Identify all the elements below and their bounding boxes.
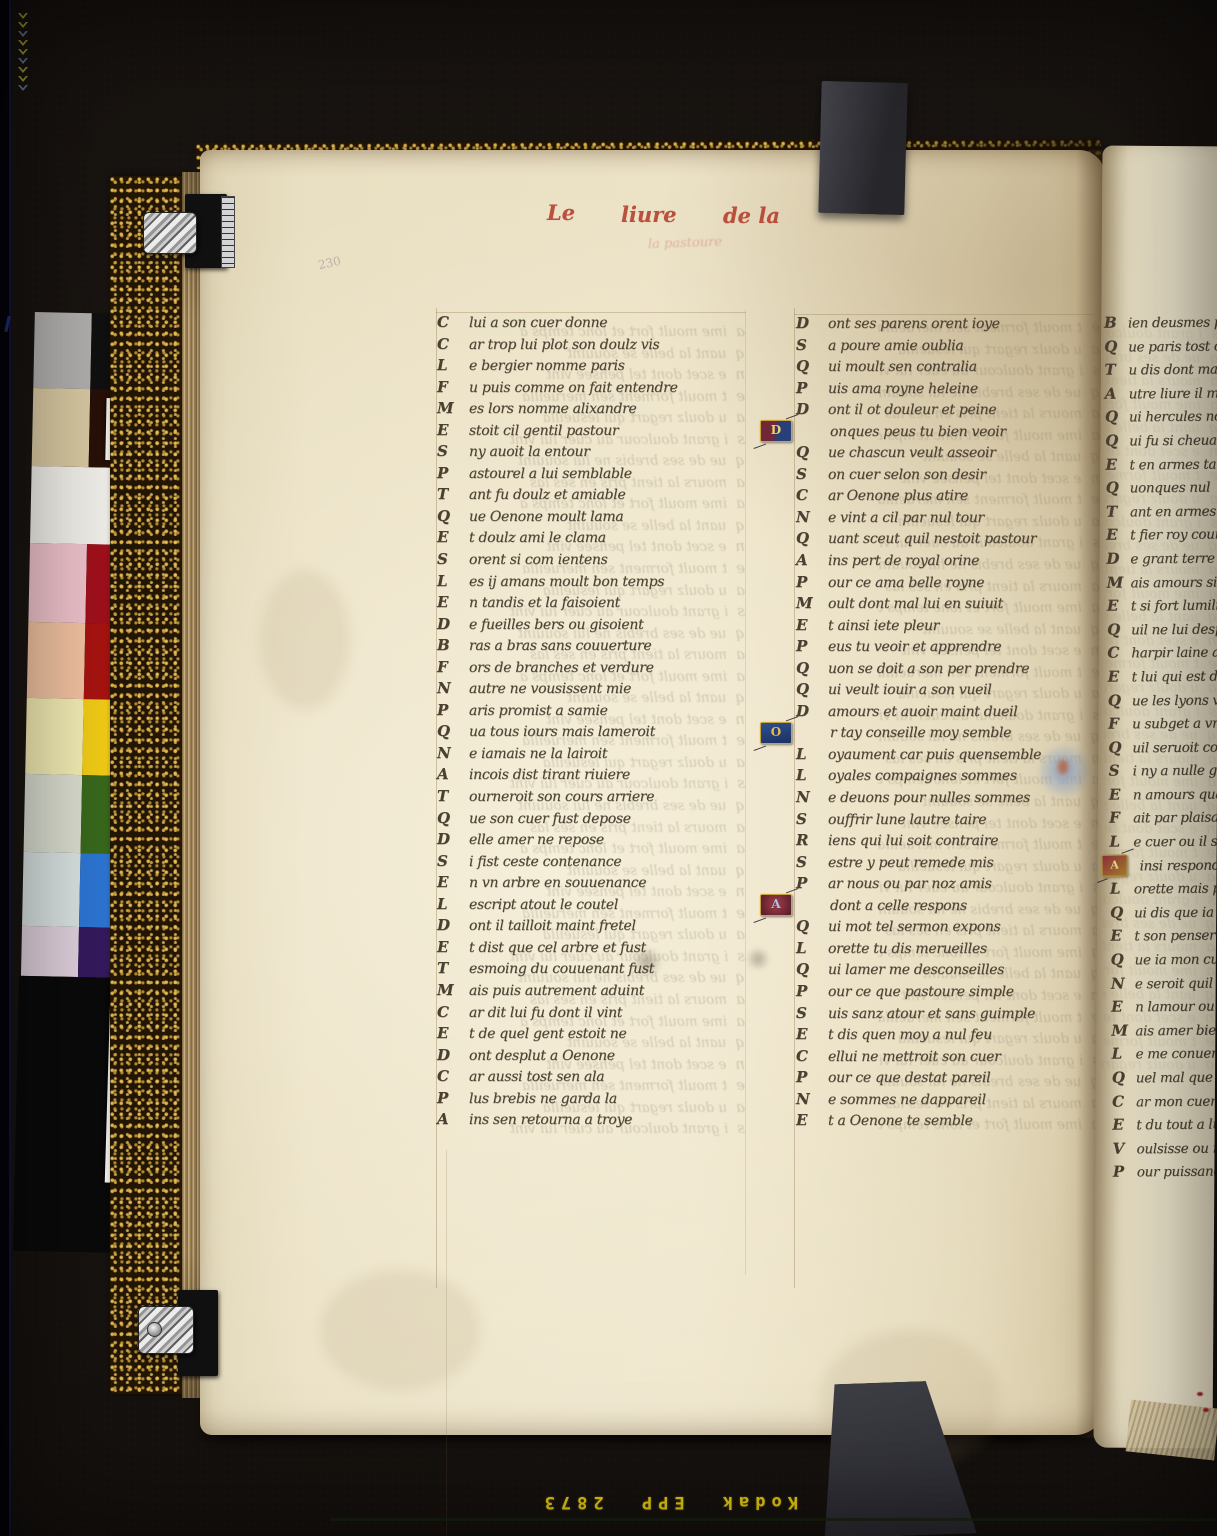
verse-text: i fist ceste contenance <box>469 854 621 870</box>
verse-text: n lamour ou me <box>1135 999 1217 1016</box>
initial-capital: C <box>1112 1090 1136 1114</box>
verse-line: Sny auoit la entour <box>437 440 742 462</box>
verse-line: Aincois dist tirant riuiere <box>437 763 742 785</box>
initial-capital: P <box>437 1088 469 1110</box>
verse-text: t son penser en ot <box>1134 928 1217 945</box>
rubric-word: liure <box>621 202 677 227</box>
initial-capital: Q <box>796 658 828 680</box>
edge-paint-mark <box>1203 1408 1209 1412</box>
verse-text: ui hercules no <box>1129 409 1217 426</box>
verse-line: Qui hercules no <box>1105 404 1217 429</box>
initial-capital: D <box>1106 547 1130 571</box>
initial-capital: S <box>796 1003 828 1025</box>
initial-capital: C <box>437 312 469 334</box>
verse-line: Que son cuer fust depose <box>437 807 742 829</box>
initial-capital: Q <box>1104 335 1128 359</box>
verse-line: Peus tu veoir et apprendre <box>796 635 1106 657</box>
verse-line: Charpir laine au <box>1107 640 1217 665</box>
initial-capital: F <box>437 657 469 679</box>
initial-capital: E <box>796 615 828 637</box>
verse-text: ait par plaisan <box>1133 810 1217 827</box>
film-edge-chevron <box>18 67 28 73</box>
initial-capital: E <box>437 937 469 959</box>
initial-capital: T <box>437 484 469 506</box>
verse-text: ont il tailloit maint fretel <box>469 918 636 934</box>
verse-text: uis sanz atour et sans guimple <box>828 1006 1035 1022</box>
initial-capital: D <box>437 829 469 851</box>
verse-text: ins sen retourna a troye <box>469 1112 632 1128</box>
initial-capital: Q <box>1110 948 1134 972</box>
verse-text: ras a bras sans couuerture <box>469 638 651 654</box>
verse-line: Fu subget a vne f <box>1108 711 1217 736</box>
verse-line: Car dit lui fu dont il vint <box>437 1001 742 1023</box>
verse-text: t en armes tan <box>1129 456 1217 473</box>
verse-line: Autre liure il m <box>1105 380 1217 405</box>
edge-paint-mark <box>1197 1392 1203 1396</box>
verse-text: stoit cil gentil pastour <box>469 423 618 439</box>
verse-text: ui moult sen contralia <box>828 359 977 375</box>
verse-text: ue Oenone moult lama <box>469 509 623 525</box>
initial-capital: E <box>1110 925 1134 949</box>
initial-capital: F <box>437 377 469 399</box>
verse-text: elle amer ne repose <box>469 832 604 848</box>
verse-text: t dist que cel arbre et fust <box>469 940 646 956</box>
verse-line: Dont ses parens orent ioye <box>796 312 1106 334</box>
initial-capital: S <box>437 441 469 463</box>
verse-line: Ainsi respondis a t <box>1109 852 1217 877</box>
verse-line: Mais puis autrement aduint <box>437 979 742 1001</box>
film-frame-label: Kodak EPP 2873 <box>368 1482 798 1512</box>
verse-text: e bergier nomme paris <box>469 358 625 374</box>
ruling-line-vertical <box>794 308 795 1288</box>
initial-capital: P <box>796 1067 828 1089</box>
initial-capital: L <box>1110 878 1134 902</box>
initial-capital: E <box>1112 1114 1136 1138</box>
verse-text: estre y peut remede mis <box>828 855 994 871</box>
verse-text: e deuons pour nulles sommes <box>828 790 1030 806</box>
initial-capital: E <box>1107 595 1131 619</box>
initial-capital: C <box>796 485 828 507</box>
verse-line: Voulsisse ou non <box>1112 1135 1217 1160</box>
verse-line: Bras a bras sans couuerture <box>437 634 742 656</box>
verse-text: u subget a vne f <box>1132 715 1217 732</box>
pencil-foliation-note: 230 <box>317 254 342 272</box>
initial-capital: M <box>796 593 828 615</box>
ruling-line-vertical <box>745 310 746 1275</box>
initial-capital: Q <box>796 679 828 701</box>
verse-line: Tourneroit son cours arriere <box>437 785 742 807</box>
initial-capital: F <box>1109 807 1133 831</box>
initial-capital: A <box>437 1109 469 1131</box>
initial-capital: Q <box>796 442 828 464</box>
illuminated-initial: A <box>1101 855 1127 877</box>
verse-line: Quon se doit a son per prendre <box>796 657 1106 679</box>
verse-line: En vn arbre en souuenance <box>437 871 742 893</box>
verse-line: Et dis quen moy a nul feu <box>796 1023 1106 1045</box>
initial-capital: P <box>796 636 828 658</box>
verse-text: t doulz ami le clama <box>469 530 606 546</box>
verse-line: Pour ce ama belle royne <box>796 571 1106 593</box>
verse-line: Loyales compaignes sommes <box>796 764 1106 786</box>
verse-line: Estoit cil gentil pastour <box>437 419 742 441</box>
initial-capital: S <box>437 851 469 873</box>
verse-text: dont a celle respons <box>830 898 967 914</box>
verse-line: Puis ama royne heleine <box>796 377 1106 399</box>
verse-line: Loyaument car puis quensemble <box>796 743 1106 765</box>
verse-line: Tu dis dont mau <box>1104 357 1216 382</box>
verse-line: Souffrir lune lautre taire <box>796 808 1106 830</box>
verse-line: Tant en armes <box>1106 498 1217 523</box>
verse-line: Mais amer bien le <box>1111 1017 1217 1042</box>
verse-text: ant en armes <box>1130 503 1216 520</box>
verse-line: Mes lors nomme alixandre <box>437 397 742 419</box>
verse-line: Paris promist a samie <box>437 699 742 721</box>
verse-line: Et son penser en ot <box>1110 923 1217 948</box>
verse-line: Or tay conseille moy semble <box>796 721 1106 743</box>
verse-text: a poure amie oublia <box>828 338 963 354</box>
initial-capital: L <box>437 571 469 593</box>
verse-text: t du tout a lui d <box>1136 1116 1217 1133</box>
verse-line: Sestre y peut remede mis <box>796 851 1106 873</box>
initial-capital: V <box>1112 1137 1136 1161</box>
initial-capital: A <box>796 550 828 572</box>
film-edge-chevrons <box>18 13 28 91</box>
verse-line: Que paris tost o <box>1104 333 1216 358</box>
manuscript-verso-page: Le liure de la la pastoure 230 aime moul… <box>200 150 1105 1435</box>
verse-line: Le bergier nomme paris <box>437 354 742 376</box>
verse-text: ors de branches et verdure <box>469 660 654 676</box>
verse-text: lus brebis ne garda la <box>469 1091 617 1107</box>
rubric-showthrough: la pastoure <box>648 235 723 253</box>
film-edge-chevron <box>18 22 28 28</box>
verse-text: e vint a cil par nul tour <box>828 510 984 526</box>
verse-line: Quil seruoit comm <box>1108 734 1217 759</box>
book-strap-top <box>818 81 907 215</box>
initial-capital: E <box>1109 783 1133 807</box>
verse-text: utre liure il m <box>1129 385 1217 402</box>
initial-capital: C <box>1107 642 1131 666</box>
verse-text: lui a son cuer donne <box>469 315 607 331</box>
verse-text: e seroit quil eust <box>1135 975 1217 992</box>
verse-text: ont ses parens orent ioye <box>828 316 1000 332</box>
verse-line: Quil ne lui despl <box>1107 616 1217 641</box>
verse-text: t fier roy coura <box>1130 527 1217 544</box>
film-edge-chevron <box>18 13 28 19</box>
verse-text: oulsisse ou non <box>1136 1140 1217 1157</box>
verse-line: Delle amer ne repose <box>437 828 742 850</box>
initial-capital: Q <box>1107 618 1131 642</box>
verse-text: i ny a nulle gra <box>1133 763 1217 780</box>
verse-line: Cellui ne mettroit son cuer <box>796 1045 1106 1067</box>
verse-line: Que les lyons ven <box>1108 687 1217 712</box>
verse-text: ny auoit la entour <box>469 444 590 460</box>
verse-line: Et lui qui est de t <box>1107 663 1217 688</box>
parchment-stain <box>320 1270 480 1390</box>
verse-line: Si ny a nulle gra <box>1108 758 1217 783</box>
verse-text: n amours quan <box>1133 786 1217 803</box>
verse-line: Suis sanz atour et sans guimple <box>796 1002 1106 1024</box>
initial-capital: Q <box>437 808 469 830</box>
verse-line: Lescript atout le coutel <box>437 893 742 915</box>
verse-text: uel mal que sou <box>1136 1069 1217 1086</box>
verse-text: ouffrir lune lautre taire <box>828 812 986 828</box>
initial-capital: Q <box>796 916 828 938</box>
verse-column-1: Clui a son cuer donneCar trop lui plot s… <box>437 311 742 1130</box>
verse-line: Par nous ou par noz amis <box>796 872 1106 894</box>
verse-line: Pour ce que pastoure simple <box>796 980 1106 1002</box>
verse-text: oyales compaignes sommes <box>828 768 1017 784</box>
color-patch <box>22 852 80 927</box>
verse-line: Mais amours si l <box>1107 569 1217 594</box>
verse-line: Lorette tu dis merueilles <box>796 937 1106 959</box>
initial-capital: D <box>796 399 828 421</box>
verse-line: Et si fort lumilia <box>1107 593 1217 618</box>
verse-line: Fait par plaisan <box>1109 805 1217 830</box>
initial-capital: D <box>796 313 828 335</box>
verse-line: Pastourel a lui semblable <box>437 462 742 484</box>
film-edge-chevron <box>18 58 28 64</box>
verse-text: astourel a lui semblable <box>469 466 632 482</box>
verse-text: ellui ne mettroit son cuer <box>828 1049 1001 1065</box>
initial-capital: M <box>1111 1019 1135 1043</box>
verse-text: ourneroit son cours arriere <box>469 789 654 805</box>
initial-capital: D <box>437 614 469 636</box>
verse-text: ue les lyons ven <box>1132 692 1217 709</box>
verse-text: uil ne lui despl <box>1131 621 1217 638</box>
verse-column-3: Bien deusmes proQue paris tost oTu dis d… <box>1104 309 1217 1183</box>
initial-capital: Q <box>796 528 828 550</box>
verse-text: ar aussi tost sen ala <box>469 1069 604 1085</box>
verse-text: n vn arbre en souuenance <box>469 875 646 891</box>
verse-line: Lorette mais pou <box>1110 876 1217 901</box>
verse-line: Dont il tailloit maint fretel <box>437 914 742 936</box>
film-edge-chevron <box>18 31 28 37</box>
verse-text: e iamais ne la lairoit <box>469 746 607 762</box>
initial-capital: Q <box>1106 477 1130 501</box>
initial-capital: P <box>1113 1161 1137 1185</box>
verse-text: ui mot tel sermon expons <box>828 919 1000 935</box>
verse-text: amours et auoir maint dueil <box>828 704 1017 720</box>
color-patch <box>25 698 83 775</box>
initial-capital: E <box>437 420 469 442</box>
verse-text: uant sceut quil nestoit pastour <box>828 531 1036 547</box>
verse-text: ua tous iours mais lameroit <box>469 724 655 740</box>
verse-line: Et en armes tan <box>1105 451 1217 476</box>
verse-line: De grant terre et <box>1106 545 1217 570</box>
initial-capital: L <box>1111 1043 1135 1067</box>
initial-capital: N <box>437 743 469 765</box>
verse-text: e sommes ne dappareil <box>828 1092 986 1108</box>
initial-capital: S <box>796 809 828 831</box>
verse-text: oult dont mal lui en suiuit <box>828 596 1003 612</box>
verse-line: En tandis et la faisoient <box>437 591 742 613</box>
clip-mini-scale-top <box>221 196 235 268</box>
gold-tooled-binding-cover <box>110 176 190 1394</box>
verse-line: Clui a son cuer donne <box>437 311 742 333</box>
verse-text: oyaument car puis quensemble <box>828 747 1041 763</box>
initial-capital: Q <box>437 721 469 743</box>
illuminated-initial: A <box>760 894 792 916</box>
initial-capital: T <box>1104 359 1128 383</box>
verse-text: uis ama royne heleine <box>828 381 978 397</box>
verse-line: Qui lamer me desconseilles <box>796 958 1106 980</box>
initial-capital: P <box>796 572 828 594</box>
color-patch <box>28 543 86 623</box>
initial-capital: E <box>437 592 469 614</box>
initial-capital: M <box>437 398 469 420</box>
verse-line: Dont desplut a Oenone <box>437 1044 742 1066</box>
initial-capital: F <box>1108 712 1132 736</box>
verse-line: Pour puissance <box>1113 1159 1217 1184</box>
initial-capital: S <box>796 335 828 357</box>
verse-line: Tesmoing du couuenant fust <box>437 957 742 979</box>
initial-capital: P <box>437 700 469 722</box>
verse-text: ar trop lui plot son doulz vis <box>469 337 659 353</box>
verse-line: Qui fu si cheual <box>1105 427 1217 452</box>
initial-capital: N <box>796 1089 828 1111</box>
verse-text: orette mais pou <box>1134 881 1217 898</box>
verse-line: Car Oenone plus atire <box>796 484 1106 506</box>
initial-capital: R <box>796 830 828 852</box>
initial-capital: S <box>437 549 469 571</box>
verse-line: Qui dis que ia ne <box>1110 899 1217 924</box>
initial-capital: T <box>1106 500 1130 524</box>
verse-line: De fueilles bers ou gisoient <box>437 613 742 635</box>
page-clip-bottom <box>138 1306 194 1354</box>
verse-text: our ce que destat pareil <box>828 1070 990 1086</box>
verse-text: incois dist tirant riuiere <box>469 767 630 783</box>
verse-text: ue ia mon cuer <box>1135 951 1217 968</box>
verse-text: harpir laine au <box>1131 645 1217 662</box>
verse-line: Riens qui lui soit contraire <box>796 829 1106 851</box>
color-patch <box>33 312 91 389</box>
initial-capital: Q <box>1108 689 1132 713</box>
verse-text: esmoing du couuenant fust <box>469 961 654 977</box>
initial-capital: E <box>1108 665 1132 689</box>
verse-line: Tant fu doulz et amiable <box>437 483 742 505</box>
verse-line: Si fist ceste contenance <box>437 850 742 872</box>
ink-smudge <box>745 948 771 970</box>
parchment-crease <box>446 1150 447 1536</box>
verse-text: ont il ot douleur et peine <box>828 402 996 418</box>
verse-text: t ainsi iete pleur <box>828 618 939 634</box>
verse-line: Fu puis comme on fait entendre <box>437 376 742 398</box>
verse-line: Ains pert de royal orine <box>796 549 1106 571</box>
initial-capital: C <box>437 1002 469 1024</box>
color-patch <box>21 926 79 977</box>
verse-line: Les ij amans moult bon temps <box>437 570 742 592</box>
verse-line: Fors de branches et verdure <box>437 656 742 678</box>
verse-line: Et a Oenone te semble <box>796 1109 1106 1131</box>
verse-line: Et dist que cel arbre et fust <box>437 936 742 958</box>
initial-capital: E <box>1105 453 1129 477</box>
initial-capital: P <box>796 378 828 400</box>
verse-column-2: Dont ses parens orent ioyeSa poure amie … <box>796 312 1106 1131</box>
verse-text: ais amer bien le <box>1135 1022 1217 1039</box>
initial-capital: Q <box>796 959 828 981</box>
verse-line: Ne iamais ne la lairoit <box>437 742 742 764</box>
verse-line: Et fier roy coura <box>1106 522 1217 547</box>
verse-line: Ne deuons pour nulles sommes <box>796 786 1106 808</box>
initial-capital: E <box>437 872 469 894</box>
verse-line: Ne sommes ne dappareil <box>796 1088 1106 1110</box>
film-edge-chevron <box>18 76 28 82</box>
verse-line: Adont a celle respons <box>796 894 1106 916</box>
verse-text: ont desplut a Oenone <box>469 1048 615 1064</box>
color-patch <box>32 388 90 467</box>
verse-text: ue paris tost o <box>1128 338 1217 355</box>
verse-line: Qui veult iouir a son vueil <box>796 678 1106 700</box>
manuscript-photograph: 1234567891011121314151617181920212223242… <box>0 0 1217 1536</box>
verse-text: our ce ama belle royne <box>828 575 984 591</box>
verse-text: ue son cuer fust depose <box>469 811 631 827</box>
verse-text: ui lamer me desconseilles <box>828 962 1004 978</box>
verse-text: e fueilles bers ou gisoient <box>469 617 643 633</box>
initial-capital: C <box>437 1066 469 1088</box>
initial-capital: Q <box>1112 1066 1136 1090</box>
initial-capital: Q <box>1110 901 1134 925</box>
initial-capital: E <box>437 1023 469 1045</box>
initial-capital: D <box>437 915 469 937</box>
verse-line: Le cuer ou il se beu <box>1109 829 1217 854</box>
verse-line: Qui mot tel sermon expons <box>796 915 1106 937</box>
parchment-stain <box>260 570 350 710</box>
initial-capital: M <box>437 980 469 1002</box>
initial-capital: B <box>1104 311 1128 335</box>
verse-text: ui fu si cheual <box>1129 432 1217 449</box>
verse-text: ui veult iouir a son vueil <box>828 682 992 698</box>
verse-text: orette tu dis merueilles <box>828 941 987 957</box>
verse-line: Le me conuendroit <box>1111 1041 1217 1066</box>
verse-text: our ce que pastoure simple <box>828 984 1014 1000</box>
verse-text: ar nous ou par noz amis <box>828 876 992 892</box>
verse-line: Ains sen retourna a troye <box>437 1108 742 1130</box>
verse-text: ue chascun veult asseoir <box>828 445 996 461</box>
verse-text: autre ne vousissent mie <box>469 681 631 697</box>
initial-capital: C <box>796 1046 828 1068</box>
verse-line: Qui moult sen contralia <box>796 355 1106 377</box>
initial-capital: P <box>796 873 828 895</box>
initial-capital: L <box>796 765 828 787</box>
verse-text: e me conuendroit <box>1135 1046 1217 1063</box>
verse-text: ui dis que ia ne <box>1134 904 1217 921</box>
verse-text: ar mon cuer si <box>1136 1093 1217 1110</box>
verse-text: ant fu doulz et amiable <box>469 487 625 503</box>
verse-text: u dis dont mau <box>1128 362 1217 379</box>
film-edge-chevron <box>18 85 28 91</box>
initial-capital: A <box>1105 382 1129 406</box>
manuscript-recto-page: si grant doulcour au cuer lui vintque de… <box>1093 146 1217 1449</box>
initial-capital: L <box>796 744 828 766</box>
verse-text: e grant terre et <box>1130 550 1217 567</box>
initial-capital: D <box>437 1045 469 1067</box>
verse-line: Pour ce que destat pareil <box>796 1066 1106 1088</box>
film-edge-chevron <box>18 49 28 55</box>
verse-line: Qua tous iours mais lameroit <box>437 720 742 742</box>
color-patch <box>24 774 82 853</box>
initial-capital: M <box>1107 571 1131 595</box>
verse-text: on cuer selon son desir <box>828 467 986 483</box>
verse-line: Quel mal que sou <box>1112 1064 1217 1089</box>
initial-capital: E <box>796 1024 828 1046</box>
verse-text: escript atout le coutel <box>469 897 618 913</box>
verse-line: Plus brebis ne garda la <box>437 1087 742 1109</box>
verse-text: aris promist a samie <box>469 703 608 719</box>
verse-line: En lamour ou me <box>1111 994 1217 1019</box>
verse-line: Car trop lui plot son doulz vis <box>437 333 742 355</box>
initial-capital: S <box>796 852 828 874</box>
verse-line: Et de quel gent estoit ne <box>437 1022 742 1044</box>
